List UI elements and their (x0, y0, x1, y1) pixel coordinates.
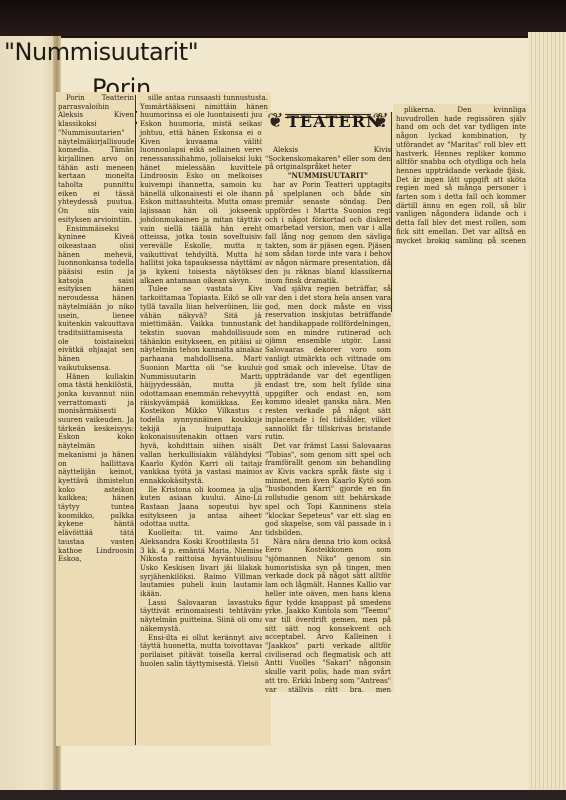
paragraph: Vad själva regien beträffar, så var den … (265, 285, 391, 442)
play-title: "NUMMISUUTARIT" (265, 172, 391, 181)
ornament-right-icon: ❦ (372, 116, 389, 125)
paragraph: Ensi-ilta ei ollut kerännyt aivan täyttä… (140, 634, 268, 669)
paragraph: Porin Teatterin parrasvaloihin Aleksis K… (58, 94, 134, 225)
paragraph: Kuolleita: tit. vaimo Anna Aleksandra Ko… (140, 529, 268, 599)
headline-line-1: "Nummisuutarit" (4, 38, 198, 66)
paragraph: Tulee se vastata Kiven tarkoittamaa Topi… (140, 285, 268, 485)
paragraph: plikerna. Den kvinnliga huvudrollen hade… (396, 106, 526, 244)
teatern-header: ❦ TEATERN. ❦ (265, 112, 391, 146)
finnish-column-1: Porin Teatterin parrasvaloihin Aleksis K… (56, 92, 136, 746)
book-top-shadow (0, 0, 566, 36)
paragraph: Hänen kullakin oma tästä henkilöstä, jon… (58, 373, 134, 564)
paragraph: Ensimmäiseksi kyninee Kiveä oikeastaan o… (58, 225, 134, 373)
page-edges (528, 32, 566, 792)
column-rule (391, 112, 392, 312)
finnish-column-2: sille antaa runsaasti tunnustusta. Ymmär… (137, 92, 271, 746)
swedish-column-1: ❦ TEATERN. ❦ Aleksis Kivis "Sockenskomak… (262, 112, 394, 692)
book-bottom-edge (0, 790, 566, 800)
swedish-column-2: plikerna. Den kvinnliga huvudrollen hade… (393, 104, 529, 244)
column-rule (135, 95, 136, 745)
paragraph: har av Porin Teatteri upptagits på spelp… (265, 181, 391, 285)
paragraph: Ile Kristona oli koomea ja uljas, kuten … (140, 486, 268, 530)
left-page (0, 36, 60, 792)
paragraph: Lassi Salovaaran lavastukset täyttivät e… (140, 599, 268, 634)
paragraph: Nära nära denna trio kom också Eero Kost… (265, 538, 391, 692)
paragraph: sille antaa runsaasti tunnustusta. Ymmär… (140, 94, 268, 285)
paragraph: Det var främst Lassi Salovaaras "Tobias"… (265, 442, 391, 538)
ornament-left-icon: ❦ (267, 116, 284, 125)
intro: Aleksis Kivis "Sockenskomakaren" eller s… (265, 146, 391, 172)
